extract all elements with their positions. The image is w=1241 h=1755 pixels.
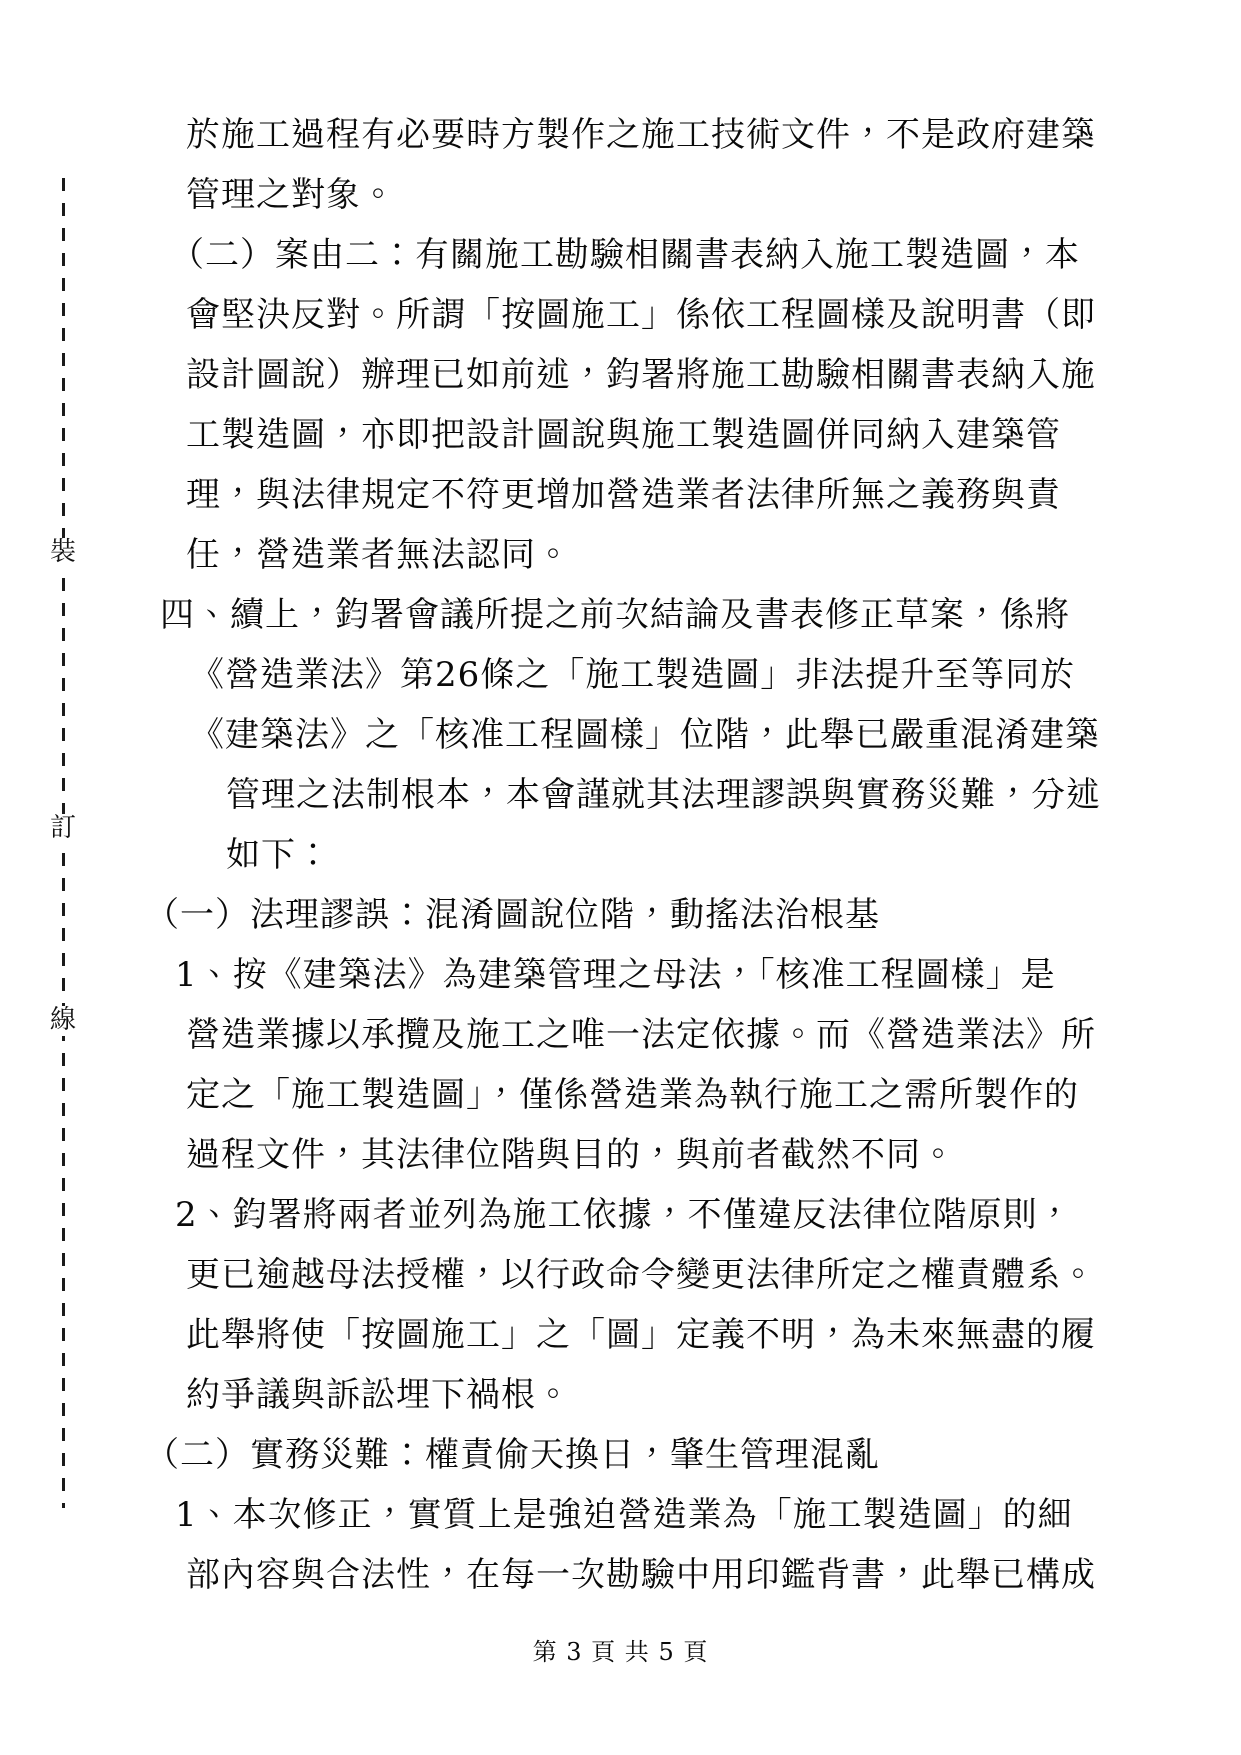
binding-label-top: 裝 xyxy=(46,538,80,568)
text-line: 營造業據以承攬及施工之唯一法定依據。而《營造業法》所 xyxy=(186,1018,1096,1052)
text-line: 《營造業法》第26條之「施工製造圖」非法提升至等同於 xyxy=(190,658,1075,692)
page-footer: 第 3 頁 共 5 頁 xyxy=(0,1640,1241,1664)
text-line: 部內容與合法性，在每一次勘驗中用印鑑背書，此舉已構成 xyxy=(186,1558,1096,1592)
text-line: 管理之對象。 xyxy=(186,178,396,212)
text-line: 定之「施工製造圖」，僅係營造業為執行施工之需所製作的 xyxy=(186,1078,1079,1112)
binding-label-bottom: 線 xyxy=(46,1006,80,1036)
text-line: 任，營造業者無法認同。 xyxy=(186,538,571,572)
text-line: 會堅決反對。所謂「按圖施工」係依工程圖樣及說明書（即 xyxy=(186,298,1096,332)
text-line: 理，與法律規定不符更增加營造業者法律所無之義務與責 xyxy=(186,478,1061,512)
document-page: 裝 訂 線 於施工過程有必要時方製作之施工技術文件，不是政府建築管理之對象。（二… xyxy=(0,0,1241,1755)
text-line: 四、續上，鈞署會議所提之前次結論及書表修正草案，係將 xyxy=(160,598,1070,632)
text-line: 1、按《建築法》為建築管理之母法，「核准工程圖樣」是 xyxy=(175,958,1056,992)
text-line: （一）法理謬誤：混淆圖說位階，動搖法治根基 xyxy=(145,898,880,932)
text-line: 設計圖說）辦理已如前述，鈞署將施工勘驗相關書表納入施 xyxy=(186,358,1096,392)
text-line: 如下： xyxy=(226,838,331,872)
text-line: 過程文件，其法律位階與目的，與前者截然不同。 xyxy=(186,1138,956,1172)
text-line: 2、鈞署將兩者並列為施工依據，不僅違反法律位階原則， xyxy=(175,1198,1073,1232)
text-line: （二）實務災難：權責偷天換日，肇生管理混亂 xyxy=(145,1438,880,1472)
text-line: 工製造圖，亦即把設計圖說與施工製造圖併同納入建築管 xyxy=(186,418,1061,452)
text-line: 1、本次修正，實質上是強迫營造業為「施工製造圖」的細 xyxy=(175,1498,1073,1532)
text-line: 更已逾越母法授權，以行政命令變更法律所定之權責體系。 xyxy=(186,1258,1096,1292)
text-line: 於施工過程有必要時方製作之施工技術文件，不是政府建築 xyxy=(186,118,1096,152)
text-line: （二）案由二：有關施工勘驗相關書表納入施工製造圖，本 xyxy=(170,238,1080,272)
text-line: 此舉將使「按圖施工」之「圖」定義不明，為未來無盡的履 xyxy=(186,1318,1096,1352)
text-line: 《建築法》之「核准工程圖樣」位階，此舉已嚴重混淆建築 xyxy=(190,718,1100,752)
binding-label-middle: 訂 xyxy=(46,814,80,844)
text-line: 管理之法制根本，本會謹就其法理謬誤與實務災難，分述 xyxy=(226,778,1101,812)
text-line: 約爭議與訴訟埋下禍根。 xyxy=(186,1378,571,1412)
